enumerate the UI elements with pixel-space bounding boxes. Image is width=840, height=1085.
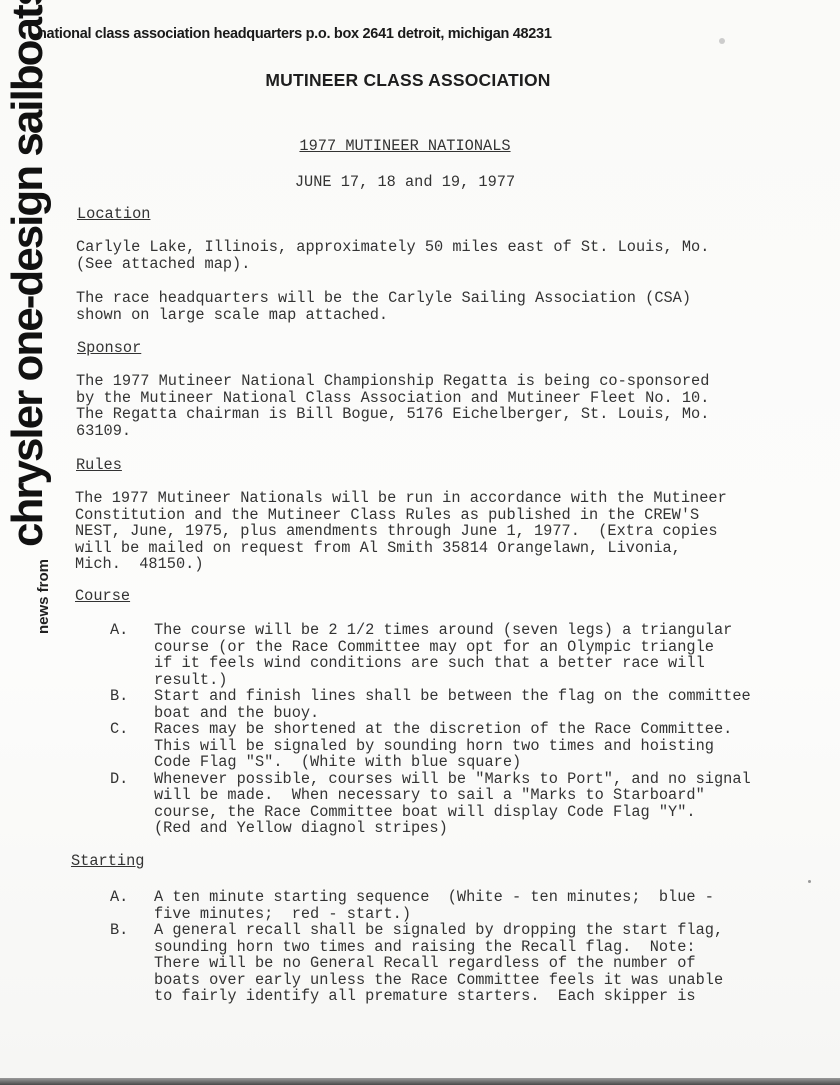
event-dates: JUNE 17, 18 and 19, 1977 (0, 173, 810, 191)
starting-item-label: A. (110, 889, 154, 922)
location-paragraph-1: Carlyle Lake, Illinois, approximately 50… (76, 239, 816, 272)
course-item-label: D. (110, 771, 154, 837)
side-banner: news from chrysler one-design sailboats (0, 30, 62, 640)
course-item-b: B. Start and finish lines shall be betwe… (110, 688, 830, 721)
starting-item-a: A. A ten minute starting sequence (White… (110, 889, 830, 922)
course-item-d: D. Whenever possible, courses will be "M… (110, 771, 830, 837)
course-item-text: Whenever possible, courses will be "Mark… (154, 771, 751, 837)
starting-item-label: B. (110, 922, 154, 1005)
course-item-label: B. (110, 688, 154, 721)
section-heading-rules: Rules (76, 456, 122, 474)
section-heading-sponsor: Sponsor (77, 339, 141, 357)
course-item-c: C. Races may be shortened at the discret… (110, 721, 830, 771)
course-list: A. The course will be 2 1/2 times around… (110, 622, 830, 837)
starting-list: A. A ten minute starting sequence (White… (110, 889, 830, 1005)
side-banner-prefix: news from (35, 559, 52, 634)
course-item-label: C. (110, 721, 154, 771)
section-heading-course: Course (75, 587, 130, 605)
course-item-a: A. The course will be 2 1/2 times around… (110, 622, 830, 688)
sponsor-paragraph: The 1977 Mutineer National Championship … (76, 373, 816, 439)
course-item-text: Start and finish lines shall be between … (154, 688, 751, 721)
letterhead-address: national class association headquarters … (38, 26, 552, 42)
document-page: news from chrysler one-design sailboats … (0, 0, 840, 1085)
section-heading-starting: Starting (71, 852, 144, 870)
paper-speck (719, 38, 725, 44)
starting-item-b: B. A general recall shall be signaled by… (110, 922, 830, 1005)
location-paragraph-2: The race headquarters will be the Carlyl… (76, 290, 816, 323)
course-item-text: The course will be 2 1/2 times around (s… (154, 622, 732, 688)
section-heading-location: Location (77, 205, 150, 223)
paper-speck (808, 880, 811, 883)
starting-item-text: A ten minute starting sequence (White - … (154, 889, 714, 922)
course-item-text: Races may be shortened at the discretion… (154, 721, 732, 771)
starting-item-text: A general recall shall be signaled by dr… (154, 922, 723, 1005)
course-item-label: A. (110, 622, 154, 688)
association-title: MUTINEER CLASS ASSOCIATION (0, 70, 816, 91)
rules-paragraph: The 1977 Mutineer Nationals will be run … (75, 490, 815, 573)
event-title: 1977 MUTINEER NATIONALS (0, 137, 810, 155)
page-bottom-edge (0, 1078, 840, 1085)
